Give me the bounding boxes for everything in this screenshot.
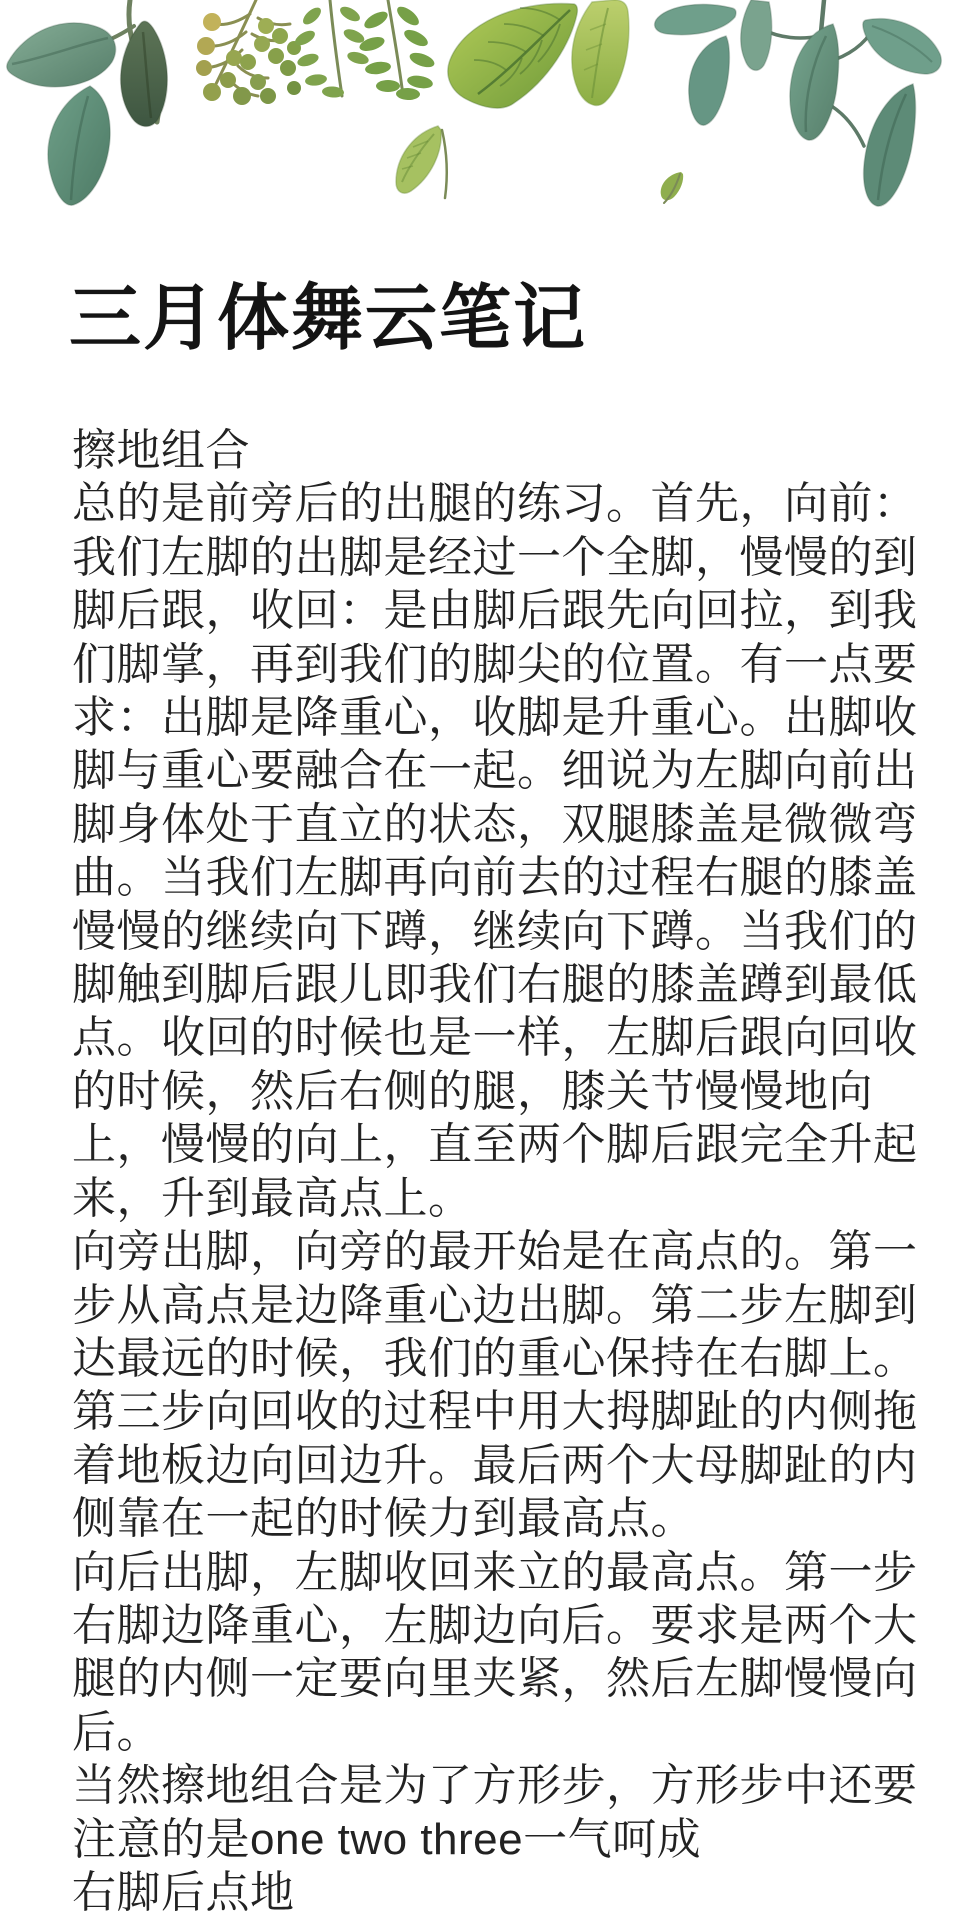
text-line: 注意的是one two three一气呵成 <box>72 1813 938 1866</box>
text-line: 我们左脚的出脚是经过一个全脚，慢慢的到 <box>72 531 938 584</box>
leaflet-branch-icon <box>293 0 437 100</box>
text-line: 右脚边降重心，左脚边向后。要求是两个大 <box>72 1599 938 1652</box>
leaf-cluster-left-icon <box>7 0 168 205</box>
text-line: 步从高点是边降重心边出脚。第二步左脚到 <box>72 1279 938 1332</box>
text-line: 总的是前旁后的出腿的练习。首先，向前： <box>72 477 938 530</box>
note-page: 三月体舞云笔记 擦地组合 总的是前旁后的出腿的练习。首先，向前： 我们左脚的出脚… <box>0 0 960 1920</box>
text-line: 当然擦地组合是为了方形步，方形步中还要 <box>72 1759 938 1812</box>
text-line: 点。收回的时候也是一样，左脚后跟向回收 <box>72 1011 938 1064</box>
text-line: 向旁出脚，向旁的最开始是在高点的。第一 <box>72 1225 938 1278</box>
text-line: 脚身体处于直立的状态，双腿膝盖是微微弯 <box>72 798 938 851</box>
text-line: 脚触到脚后跟儿即我们右腿的膝盖蹲到最低 <box>72 958 938 1011</box>
text-line: 慢慢的继续向下蹲，继续向下蹲。当我们的 <box>72 905 938 958</box>
small-leaf-icon <box>396 126 447 198</box>
text-line: 们脚掌，再到我们的脚尖的位置。有一点要 <box>72 638 938 691</box>
berry-branch-icon <box>196 0 301 105</box>
watercolor-leaves-banner <box>0 0 960 240</box>
text-line: 的时候，然后右侧的腿，膝关节慢慢地向 <box>72 1065 938 1118</box>
text-line: 右脚后点地 <box>72 1866 938 1919</box>
text-line: 侧靠在一起的时候力到最高点。 <box>72 1492 938 1545</box>
text-line: 着地板边向回边升。最后两个大母脚趾的内 <box>72 1439 938 1492</box>
text-line: 擦地组合 <box>72 424 938 477</box>
text-line: 上，慢慢的向上，直至两个脚后跟完全升起 <box>72 1118 938 1171</box>
big-leaf-pair-icon <box>448 0 629 108</box>
text-line: 达最远的时候，我们的重心保持在右脚上。 <box>72 1332 938 1385</box>
note-title: 三月体舞云笔记 <box>69 276 587 362</box>
text-line: 曲。当我们左脚再向前去的过程右腿的膝盖 <box>72 851 938 904</box>
text-line: 腿的内侧一定要向里夹紧，然后左脚慢慢向 <box>72 1652 938 1705</box>
text-line: 求：出脚是降重心，收脚是升重心。出脚收 <box>72 691 938 744</box>
text-line: 脚后跟，收回：是由脚后跟先向回拉，到我 <box>72 584 938 637</box>
note-body: 擦地组合 总的是前旁后的出腿的练习。首先，向前： 我们左脚的出脚是经过一个全脚，… <box>72 424 938 1919</box>
text-line: 第三步向回收的过程中用大拇脚趾的内侧拖 <box>72 1385 938 1438</box>
text-line: 后。 <box>72 1706 938 1759</box>
text-line: 向后出脚，左脚收回来立的最高点。第一步 <box>72 1546 938 1599</box>
text-line: 来，升到最高点上。 <box>72 1172 938 1225</box>
leaf-cluster-right-icon <box>655 0 942 206</box>
tiny-leaf-icon <box>661 172 683 203</box>
text-line: 脚与重心要融合在一起。细说为左脚向前出 <box>72 744 938 797</box>
